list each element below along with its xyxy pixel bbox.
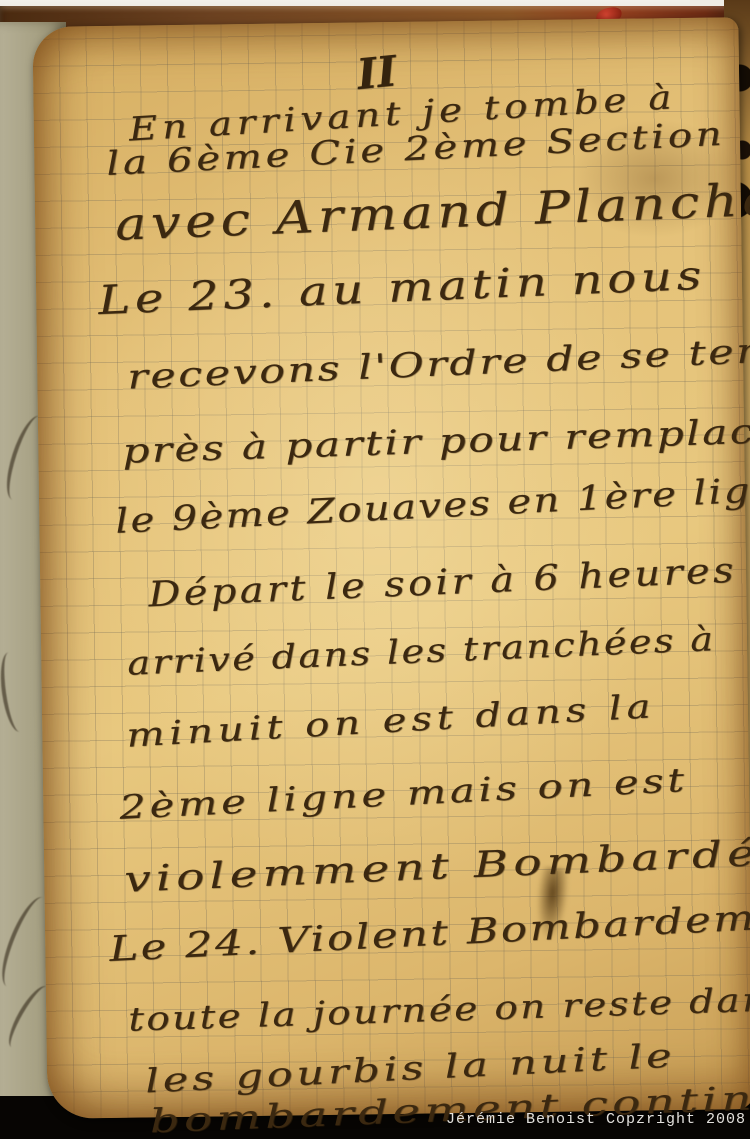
handwriting-line: recevons l'Ordre de se tenir xyxy=(126,329,750,397)
handwriting-line: minuit on est dans la xyxy=(125,686,656,755)
handwriting-line: 2ème ligne mais on est xyxy=(118,760,688,827)
copyright-watermark: Jérémie Benoist Copzright 2008 xyxy=(446,1111,746,1128)
handwriting-line: Le 24. Violent Bombardement xyxy=(108,895,750,970)
page-number: II xyxy=(355,46,399,99)
handwriting-line: Le 23. au matin nous xyxy=(97,253,707,324)
handwriting-line: violemment Bombardé xyxy=(123,833,750,901)
bleedthrough-ink-stroke xyxy=(0,651,31,734)
handwriting-line: toute la journée on reste dans xyxy=(128,979,750,1039)
handwriting-line: arrivé dans les tranchées à xyxy=(126,619,716,683)
notebook-page: II En arrivant je tombe à la 6ème Cie 2è… xyxy=(32,17,750,1119)
handwriting-line: près à partir pour remplacer xyxy=(122,410,750,471)
handwriting-line: avec Armand Planche xyxy=(114,172,750,250)
diary-photo: II En arrivant je tombe à la 6ème Cie 2è… xyxy=(0,0,750,1139)
handwriting-line: le 9ème Zouaves en 1ère ligne xyxy=(114,468,750,542)
handwriting-line: Départ le soir à 6 heures xyxy=(148,551,738,616)
